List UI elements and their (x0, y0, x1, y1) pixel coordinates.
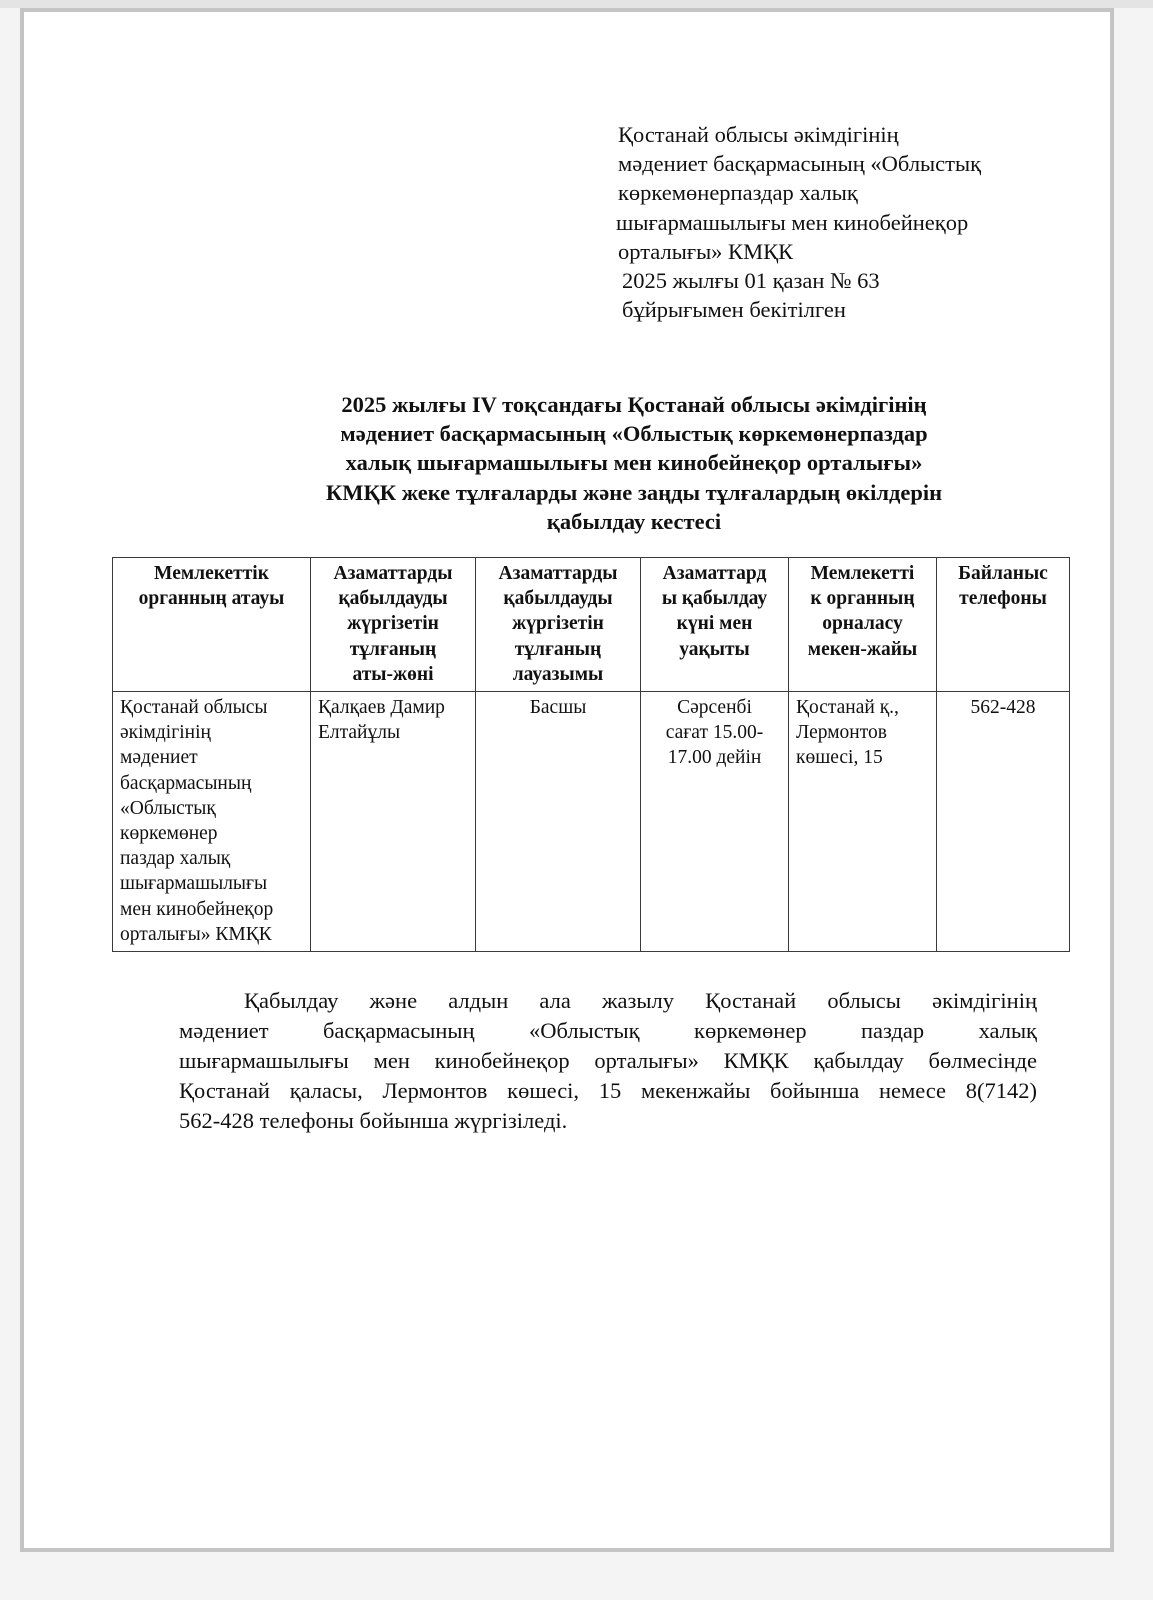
cell-reception-time: Сәрсенбі сағат 15.00- 17.00 дейін (641, 692, 789, 952)
approval-stamp: Қостанай облысы әкімдігінің мәдениет бас… (616, 120, 1056, 324)
title-line: халық шығармашылығы мен кинобейнеқор орт… (224, 448, 1044, 477)
column-header-contact-phone: Байланыс телефоны (937, 558, 1070, 692)
table-header-row: Мемлекеттік органның атауы Азаматтарды қ… (113, 558, 1070, 692)
reception-schedule-table: Мемлекеттік органның атауы Азаматтарды қ… (112, 557, 1070, 952)
registration-info-paragraph: Қабылдау және алдын ала жазылу Қостанай … (179, 986, 1037, 1136)
approval-line: орталығы» КМҚК (616, 237, 1056, 266)
column-header-agency-address: Мемлекетті к органның орналасу мекен-жай… (789, 558, 937, 692)
table-row: Қостанай облысы әкімдігінің мәдениет бас… (113, 692, 1070, 952)
approval-line: бұйрығымен бекітілген (616, 295, 1056, 324)
cell-official-name: Қалқаев Дамир Елтайұлы (311, 692, 476, 952)
approval-order-number: 2025 жылғы 01 қазан № 63 (616, 266, 1056, 295)
paragraph-line: мәдениет басқармасының «Облыстық көркемө… (179, 1016, 1037, 1046)
cell-contact-phone: 562-428 (937, 692, 1070, 952)
cell-agency-name: Қостанай облысы әкімдігінің мәдениет бас… (113, 692, 311, 952)
viewer-top-bar (0, 0, 1153, 8)
title-line: КМҚК жеке тұлғаларды және заңды тұлғалар… (224, 478, 1044, 507)
document-page: Қостанай облысы әкімдігінің мәдениет бас… (20, 8, 1114, 1552)
document-title: 2025 жылғы IV тоқсандағы Қостанай облысы… (224, 390, 1044, 536)
approval-line: мәдениет басқармасының «Облыстық (616, 149, 1056, 178)
column-header-agency-name: Мемлекеттік органның атауы (113, 558, 311, 692)
column-header-reception-time: Азаматтард ы қабылдау күні мен уақыты (641, 558, 789, 692)
title-line: қабылдау кестесі (224, 507, 1044, 536)
cell-agency-address: Қостанай қ., Лермонтов көшесі, 15 (789, 692, 937, 952)
cell-official-position: Басшы (476, 692, 641, 952)
approval-line: шығармашылығы мен кинобейнеқор (616, 208, 1056, 237)
column-header-official-position: Азаматтарды қабылдауды жүргізетін тұлған… (476, 558, 641, 692)
approval-line: Қостанай облысы әкімдігінің (616, 120, 1056, 149)
paragraph-line: 562-428 телефоны бойынша жүргізіледі. (179, 1106, 1037, 1136)
title-line: 2025 жылғы IV тоқсандағы Қостанай облысы… (224, 390, 1044, 419)
column-header-official-name: Азаматтарды қабылдауды жүргізетін тұлған… (311, 558, 476, 692)
approval-line: көркемөнерпаздар халық (616, 178, 1056, 207)
paragraph-line: Қостанай қаласы, Лермонтов көшесі, 15 ме… (179, 1076, 1037, 1106)
title-line: мәдениет басқармасының «Облыстық көркемө… (224, 419, 1044, 448)
paragraph-line: шығармашылығы мен кинобейнеқор орталығы»… (179, 1046, 1037, 1076)
paragraph-line: Қабылдау және алдын ала жазылу Қостанай … (179, 986, 1037, 1016)
